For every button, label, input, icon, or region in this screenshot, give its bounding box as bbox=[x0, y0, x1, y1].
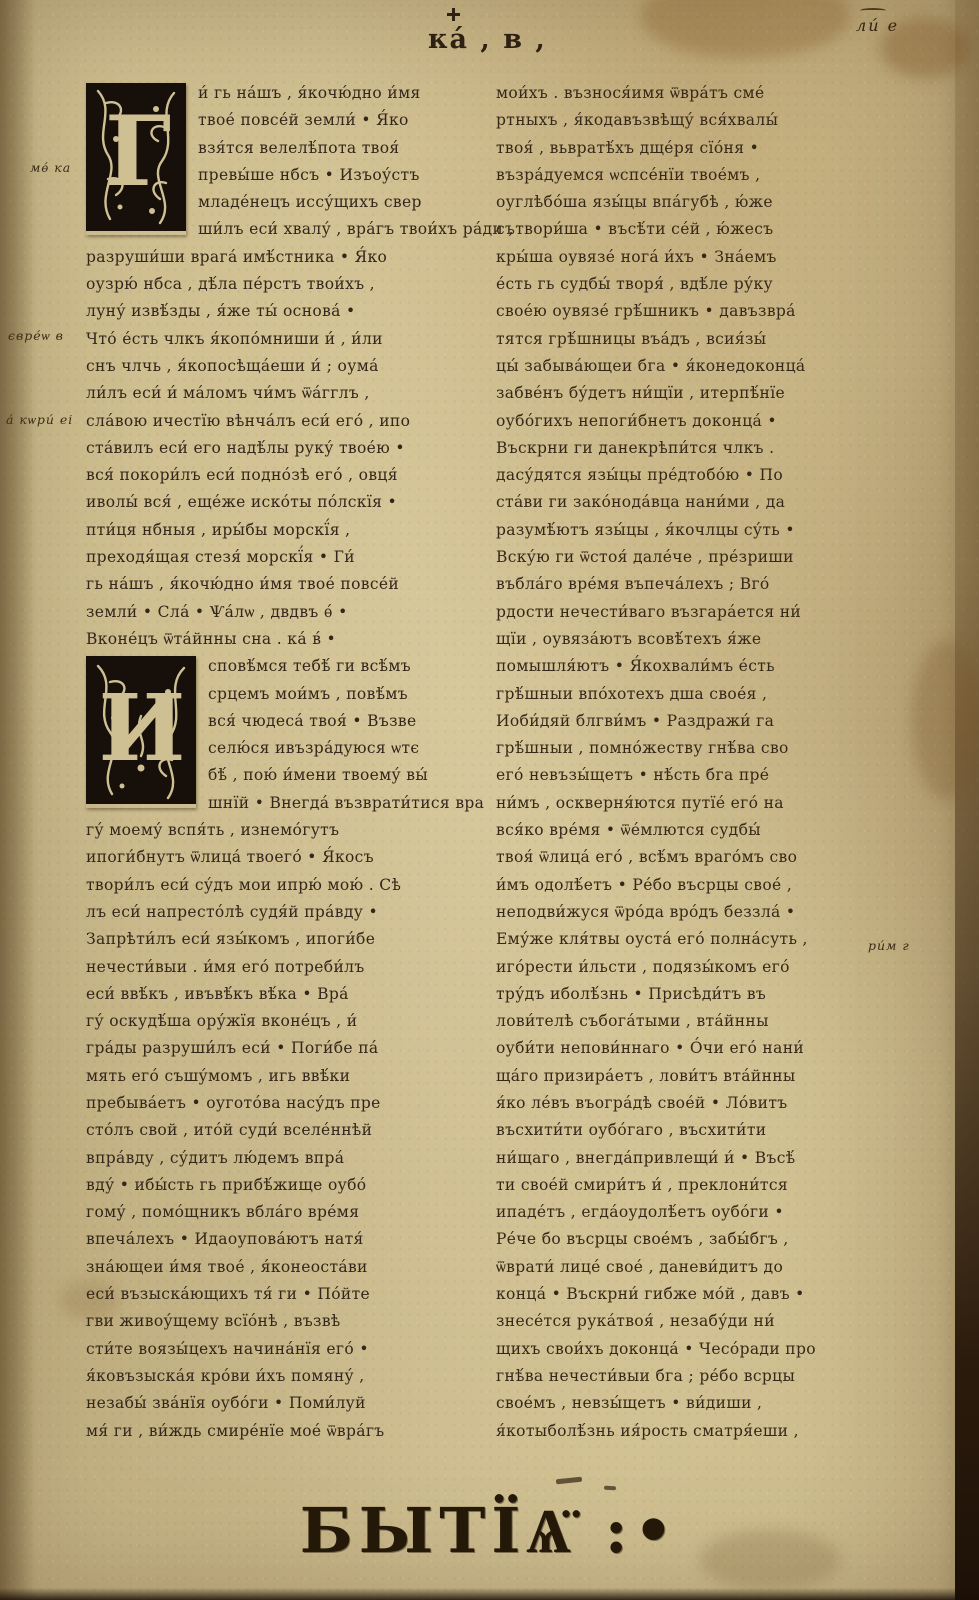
text-line: сътвори́ша • въсѣ́ти се́й , ю́жесъ bbox=[496, 216, 932, 243]
psalm9-lines: шнїй • Внегда́ възврати́тися врагу́ моем… bbox=[86, 790, 490, 1445]
text-line: еси́ възыска́ющихъ тя́ ги • По́йте bbox=[86, 1281, 490, 1308]
text-line: еси́ ввѣ́къ , ивъвѣ́къ вѣ́ка • Вра́ bbox=[86, 981, 490, 1008]
paper-stain bbox=[640, 0, 850, 58]
text-line: Ему́же кля́твы оуста́ его́ полна́суть , bbox=[496, 926, 932, 953]
text-line: ща́го призира́етъ , лови́тъ вта́йнны bbox=[496, 1063, 932, 1090]
margin-note-hebrews: євре́ѡ в bbox=[8, 328, 64, 344]
text-line: оуби́ти непови́ннаго • О́чи его́ нани́ bbox=[496, 1035, 932, 1062]
text-line: вся́ покори́лъ еси́ подно́зѣ его́ , овця… bbox=[86, 462, 490, 489]
text-line: гу́ моему́ вспя́ть , изнемо́гутъ bbox=[86, 817, 490, 844]
text-line: зна́ющеи и́мя твое́ , я́конеоста́ви bbox=[86, 1254, 490, 1281]
text-line: земли́ • Сла́ • Ѱа́лѡ , двдвъ ѳ́ • bbox=[86, 599, 490, 626]
text-line: оуглѣбо́ша язы́цы впа́губѣ , ю́же bbox=[496, 189, 932, 216]
text-line: я́ковъзыска́я кро́ви и́хъ помяну́ , bbox=[86, 1363, 490, 1390]
text-line: лъ еси́ напресто́лѣ судя́й пра́вду • bbox=[86, 899, 490, 926]
text-line: ти свое́й смири́тъ и́ , преклони́тся bbox=[496, 1172, 932, 1199]
text-line: оузрю́ нбса , дѣ́ла пе́рстъ твои́хъ , bbox=[86, 271, 490, 298]
text-line: вду́ • ибы́сть гь прибѣ́жище оубо́ bbox=[86, 1172, 490, 1199]
text-line: Вконе́цъ ѿта́йнны сна . ка́ в́ • bbox=[86, 626, 490, 653]
text-line: ста́ви ги зако́нода́вца нани́ми , да bbox=[496, 489, 932, 516]
text-line: гу́ оскудѣ́ша ору́жїя вконе́цъ , и́ bbox=[86, 1008, 490, 1035]
text-line: гра́ды разруши́лъ еси́ • Поги́бе па́ bbox=[86, 1035, 490, 1062]
text-line: твоя́ ѿлица́ его́ , всѣ́мъ враго́мъ сво bbox=[496, 844, 932, 871]
text-line: иволы́ вся́ , еще́же иско́ты по́лскїя • bbox=[86, 489, 490, 516]
text-line: незабы́ зва́нїя оубо́ги • Поми́луй bbox=[86, 1390, 490, 1417]
text-line: преходя́щая стезя́ морскї́я • Ги́ bbox=[86, 544, 490, 571]
text-line: Что́ е́сть члкъ я́копо́мниши и́ , и́ли bbox=[86, 326, 490, 353]
ink-smudge bbox=[604, 1486, 616, 1491]
text-line: Иоби́дяй блгви́мъ • Раздражи́ га bbox=[496, 708, 932, 735]
running-header: ка́ , в , bbox=[428, 24, 547, 55]
text-line: свое́мъ , невзы́щетъ • ви́диши , bbox=[496, 1390, 932, 1417]
text-line: неподви́жуся ѿро́да вро́дъ беззла́ • bbox=[496, 899, 932, 926]
text-line: дасу́дятся язы́цы пре́дтобо́ю • По bbox=[496, 462, 932, 489]
ink-smudge bbox=[556, 1477, 582, 1485]
text-line: помышля́ютъ • Я́кохвали́мъ е́сть bbox=[496, 653, 932, 680]
text-line: разруши́ши врага́ имѣ́стника • Я́ко bbox=[86, 244, 490, 271]
text-line: я́ко ле́въ въогра́дѣ свое́й • Ло́витъ bbox=[496, 1090, 932, 1117]
text-line: свое́ю оувязе́ грѣ́шникъ • давъзвра́ bbox=[496, 298, 932, 325]
text-line: ни́мъ , оскверня́ются путїе́ его́ на bbox=[496, 790, 932, 817]
text-line: гь на́шъ , я́кочю́дно и́мя твое́ повсе́й bbox=[86, 571, 490, 598]
initial-letter-i: И bbox=[99, 674, 186, 782]
page-edge-right bbox=[955, 0, 979, 1600]
text-line: грѣ́шныи впо́хотехъ дша свое́я , bbox=[496, 681, 932, 708]
drop-cap-initial-g: Г bbox=[86, 83, 186, 235]
text-line: я́котыболѣ́знь ия́рость сматря́еши , bbox=[496, 1418, 932, 1445]
text-line: тру́дъ иболѣ́знь • Присѣди́тъ въ bbox=[496, 981, 932, 1008]
text-line: е́сть гь судбы́ творя́ , вдѣ́ле ру́ку bbox=[496, 271, 932, 298]
margin-note-corinthians: а́ кѡри́ еі bbox=[6, 412, 73, 428]
text-line: разумѣ́ютъ язы́цы , я́кочлцы су́ть • bbox=[496, 517, 932, 544]
text-line: снъ члчь , я́копосѣща́еши и́ ; оума́ bbox=[86, 353, 490, 380]
text-line: сла́вою ичестїю вѣнча́лъ еси́ его́ , ипо bbox=[86, 408, 490, 435]
text-line: иго́рести и́льсти , подязы́комъ его́ bbox=[496, 954, 932, 981]
left-text-column: Г и́ гь на́шъ , я́кочю́дно и́мятвое́ пов… bbox=[86, 80, 490, 1445]
text-line: кры́ша оувязе́ нога́ и́хъ • Зна́емъ bbox=[496, 244, 932, 271]
text-line: Запрѣти́лъ еси́ язы́комъ , ипоги́бе bbox=[86, 926, 490, 953]
page-edge-bottom bbox=[0, 1588, 979, 1600]
text-line: ѿврати́ лице́ свое́ , даневи́дитъ до bbox=[496, 1254, 932, 1281]
text-line: тятся грѣ́шницы въа́дъ , всия́зы́ bbox=[496, 326, 932, 353]
text-line: вся́ко вре́мя • ѿе́млются судбы́ bbox=[496, 817, 932, 844]
text-line: луну́ извѣ́зды , я́же ты́ основа́ • bbox=[86, 298, 490, 325]
text-line: сти́те воязы́цехъ начина́нїя его́ • bbox=[86, 1336, 490, 1363]
text-line: мять его́ съшу́момъ , игь ввѣ́ки bbox=[86, 1063, 490, 1090]
header-cross-icon bbox=[447, 8, 460, 21]
text-line: твоя́ , вьвратѣ́хъ дще́ря сїо́ня • bbox=[496, 135, 932, 162]
text-line: пти́ця нбныя , иры́бы морскї́я , bbox=[86, 517, 490, 544]
text-line: твори́лъ еси́ су́дъ мои ипрю́ мою́ . Сѣ bbox=[86, 872, 490, 899]
text-line: гнѣ́ва нечести́выи бга ; ре́бо всрцы bbox=[496, 1363, 932, 1390]
text-line: ста́вилъ еси́ его надѣ́лы руку́ твое́ю • bbox=[86, 435, 490, 462]
text-line: пребыва́етъ • оугото́ва насу́дъ пре bbox=[86, 1090, 490, 1117]
margin-note-matthew: мѳ́ ка bbox=[30, 160, 71, 175]
psalm9-continued-lines: мои́хъ . възнося́имя ѿвра́тъ сме́ртныхъ … bbox=[496, 80, 932, 1445]
text-line: впра́вду , су́дитъ лю́демъ впра́ bbox=[86, 1145, 490, 1172]
folio-titlo-mark bbox=[860, 8, 886, 13]
text-line: щїи , оувяза́ютъ всовѣ́техъ я́же bbox=[496, 626, 932, 653]
text-line: възра́дуемся ѡспсе́нїи твое́мъ , bbox=[496, 162, 932, 189]
text-line: Ре́че бо въсрцы свое́мъ , забы́бгъ , bbox=[496, 1226, 932, 1253]
text-line: Въскрни ги данекрѣпи́тся члкъ . bbox=[496, 435, 932, 462]
text-line: лови́телѣ събога́тыми , вта́йнны bbox=[496, 1008, 932, 1035]
text-line: щихъ свои́хъ доконца́ • Чесо́ради про bbox=[496, 1336, 932, 1363]
text-line: цы́ забыва́ющеи бга • я́конедоконца́ bbox=[496, 353, 932, 380]
psalm8-lines: ши́лъ еси́ хвалу́ , вра́гъ твои́хъ ра́ди… bbox=[86, 216, 490, 653]
initial-letter-g: Г bbox=[105, 95, 171, 208]
folio-number: ли́ е bbox=[856, 16, 899, 35]
text-line: въсхити́ти оубо́гаго , въсхити́ти bbox=[496, 1117, 932, 1144]
text-line: ртныхъ , я́кодавъзвѣщу́ вся́хвалы́ bbox=[496, 107, 932, 134]
text-line: гви живоу́щему всїо́нѣ , възвѣ bbox=[86, 1308, 490, 1335]
text-line: грѣ́шныи , помно́жеству гнѣ́ва сво bbox=[496, 735, 932, 762]
text-line: сто́лъ свой , ито́й суди́ вселе́ннѣй bbox=[86, 1117, 490, 1144]
text-line: ни́щаго , внегда́привлещи́ и́ • Въсѣ́ bbox=[496, 1145, 932, 1172]
text-line: мя́ ги , ви́ждь смире́нїе мое́ ѿвра́гъ bbox=[86, 1418, 490, 1445]
text-line: мои́хъ . възнося́имя ѿвра́тъ сме́ bbox=[496, 80, 932, 107]
text-line: гому́ , помо́щникъ вбла́го вре́мя bbox=[86, 1199, 490, 1226]
text-line: нечести́выи . и́мя его́ потреби́лъ bbox=[86, 954, 490, 981]
right-text-column: мои́хъ . възнося́имя ѿвра́тъ сме́ртныхъ … bbox=[496, 80, 932, 1445]
text-line: ли́лъ еси́ и́ ма́ломъ чи́мъ ѿа́гглъ , bbox=[86, 380, 490, 407]
manuscript-page: ка́ , в , ли́ е мѳ́ ка євре́ѡ в а́ кѡри́… bbox=[0, 0, 979, 1600]
drop-cap-initial-i: И bbox=[86, 656, 196, 808]
footer-book-title: БЫТЇѦ̈ :• bbox=[0, 1494, 979, 1568]
text-line: ипоги́бнутъ ѿлица́ твоего́ • Я́косъ bbox=[86, 844, 490, 871]
text-line: оубо́гихъ непоги́бнетъ доконца́ • bbox=[496, 408, 932, 435]
text-line: въбла́го вре́мя въпеча́лехъ ; Вго́ bbox=[496, 571, 932, 598]
text-line: знесе́тся рука́твоя́ , незабу́ди ни́ bbox=[496, 1308, 932, 1335]
text-line: его́ невъзы́щетъ • нѣ́сть бга пре́ bbox=[496, 762, 932, 789]
text-line: рдости нечести́ваго възгара́ется ни́ bbox=[496, 599, 932, 626]
text-line: конца́ • Въскрни́ гибже мо́й , давъ • bbox=[496, 1281, 932, 1308]
text-line: забве́нъ бу́детъ ни́щїи , итерпѣ́нїе bbox=[496, 380, 932, 407]
text-line: и́мъ одолѣ́етъ • Ре́бо въсрцы свое́ , bbox=[496, 872, 932, 899]
text-line: Вску́ю ги ѿстоя́ дале́че , пре́зриши bbox=[496, 544, 932, 571]
binding-shadow bbox=[0, 0, 34, 1600]
text-line: ипаде́тъ , егда́оудолѣ́етъ оубо́ги • bbox=[496, 1199, 932, 1226]
text-line: впеча́лехъ • Идаоупова́ютъ натя́ bbox=[86, 1226, 490, 1253]
